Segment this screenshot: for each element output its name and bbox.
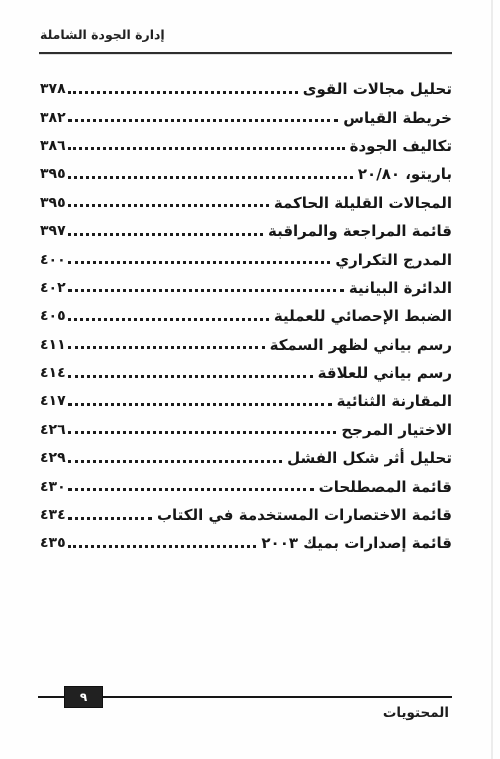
toc-entry-title: الضبط الإحصائي للعملية bbox=[269, 307, 452, 325]
toc-page-number: ٣٩٧ bbox=[40, 223, 68, 239]
toc-entry-title: تحليل أثر شكل الفشل bbox=[282, 449, 452, 467]
header-divider bbox=[39, 52, 452, 54]
toc-row: باريتو، ٢٠/٨٠٣٩٥ bbox=[40, 160, 452, 188]
toc-row: المدرج التكراري٤٠٠ bbox=[40, 245, 452, 273]
toc-entry-title: المدرج التكراري bbox=[330, 251, 452, 269]
toc-row: قائمة المصطلحات٤٣٠ bbox=[40, 472, 452, 500]
toc-row: قائمة الاختصارات المستخدمة في الكتاب٤٣٤ bbox=[40, 501, 452, 529]
toc-row: قائمة إصدارات بميك ٢٠٠٣٤٣٥ bbox=[40, 529, 452, 557]
toc-page-number: ٤٠٠ bbox=[40, 252, 68, 268]
toc-entry-title: قائمة الاختصارات المستخدمة في الكتاب bbox=[152, 506, 452, 524]
toc-row: الضبط الإحصائي للعملية٤٠٥ bbox=[40, 302, 452, 330]
dot-leader bbox=[68, 204, 269, 207]
dot-leader bbox=[68, 517, 152, 520]
toc-page-number: ٣٨٦ bbox=[40, 138, 68, 154]
page-number: ٩ bbox=[80, 691, 87, 703]
toc-row: قائمة المراجعة والمراقبة٣٩٧ bbox=[40, 217, 452, 245]
toc-page-number: ٤١١ bbox=[40, 337, 68, 353]
toc-page-number: ٤٣٤ bbox=[40, 507, 68, 523]
toc-page-number: ٣٩٥ bbox=[40, 166, 68, 182]
toc-row: المجالات القليلة الحاكمة٣٩٥ bbox=[40, 189, 452, 217]
toc-list: تحليل مجالات القوى٣٧٨خريطة القياس٣٨٢تكال… bbox=[40, 75, 452, 558]
toc-row: رسم بياني لظهر السمكة٤١١ bbox=[40, 331, 452, 359]
toc-entry-title: قائمة المراجعة والمراقبة bbox=[263, 222, 452, 240]
toc-page-number: ٤٠٥ bbox=[40, 308, 68, 324]
dot-leader bbox=[68, 375, 313, 378]
scanned-book-page: إدارة الجودة الشاملة تحليل مجالات القوى٣… bbox=[0, 0, 500, 759]
toc-row: رسم بياني للعلاقة٤١٤ bbox=[40, 359, 452, 387]
page-number-box: ٩ bbox=[64, 686, 103, 708]
dot-leader bbox=[68, 460, 282, 463]
dot-leader bbox=[68, 488, 314, 491]
toc-page-number: ٤٣٥ bbox=[40, 535, 68, 551]
toc-row: خريطة القياس٣٨٢ bbox=[40, 103, 452, 131]
dot-leader bbox=[68, 431, 337, 434]
toc-page-number: ٤٠٢ bbox=[40, 280, 68, 296]
toc-entry-title: تكاليف الجودة bbox=[345, 137, 452, 155]
toc-entry-title: قائمة المصطلحات bbox=[314, 478, 452, 496]
toc-entry-title: تحليل مجالات القوى bbox=[298, 80, 452, 98]
toc-page-number: ٣٨٢ bbox=[40, 110, 68, 126]
toc-entry-title: قائمة إصدارات بميك ٢٠٠٣ bbox=[256, 534, 452, 552]
dot-leader bbox=[68, 233, 263, 236]
dot-leader bbox=[68, 91, 298, 94]
toc-page-number: ٣٧٨ bbox=[40, 81, 68, 97]
toc-page-number: ٤١٧ bbox=[40, 393, 68, 409]
toc-entry-title: الاختيار المرجح bbox=[336, 421, 452, 439]
toc-page-number: ٤٣٠ bbox=[40, 479, 68, 495]
toc-entry-title: خريطة القياس bbox=[338, 109, 452, 127]
toc-entry-title: رسم بياني للعلاقة bbox=[313, 364, 452, 382]
toc-entry-title: باريتو، ٢٠/٨٠ bbox=[353, 165, 452, 183]
toc-row: المقارنة الثنائية٤١٧ bbox=[40, 387, 452, 415]
toc-row: تحليل أثر شكل الفشل٤٢٩ bbox=[40, 444, 452, 472]
toc-page-number: ٣٩٥ bbox=[40, 195, 68, 211]
toc-entry-title: الدائرة البيانية bbox=[344, 279, 452, 297]
dot-leader bbox=[68, 147, 345, 150]
toc-row: الاختيار المرجح٤٢٦ bbox=[40, 416, 452, 444]
toc-page-number: ٤٢٦ bbox=[40, 422, 68, 438]
contents-section-label: المحتويات bbox=[383, 705, 449, 721]
dot-leader bbox=[68, 403, 332, 406]
toc-row: تكاليف الجودة٣٨٦ bbox=[40, 132, 452, 160]
dot-leader bbox=[68, 545, 257, 548]
toc-page-number: ٤١٤ bbox=[40, 365, 68, 381]
book-title: إدارة الجودة الشاملة bbox=[40, 27, 165, 42]
dot-leader bbox=[68, 318, 269, 321]
toc-entry-title: المجالات القليلة الحاكمة bbox=[269, 194, 452, 212]
toc-page-number: ٤٢٩ bbox=[40, 450, 68, 466]
dot-leader bbox=[68, 176, 353, 179]
toc-row: تحليل مجالات القوى٣٧٨ bbox=[40, 75, 452, 103]
dot-leader bbox=[68, 346, 265, 349]
dot-leader bbox=[68, 261, 331, 264]
dot-leader bbox=[68, 119, 339, 122]
page-edge-scan-shadow bbox=[491, 0, 493, 759]
dot-leader bbox=[68, 289, 344, 292]
toc-entry-title: رسم بياني لظهر السمكة bbox=[265, 336, 452, 354]
toc-row: الدائرة البيانية٤٠٢ bbox=[40, 274, 452, 302]
toc-entry-title: المقارنة الثنائية bbox=[332, 392, 452, 410]
